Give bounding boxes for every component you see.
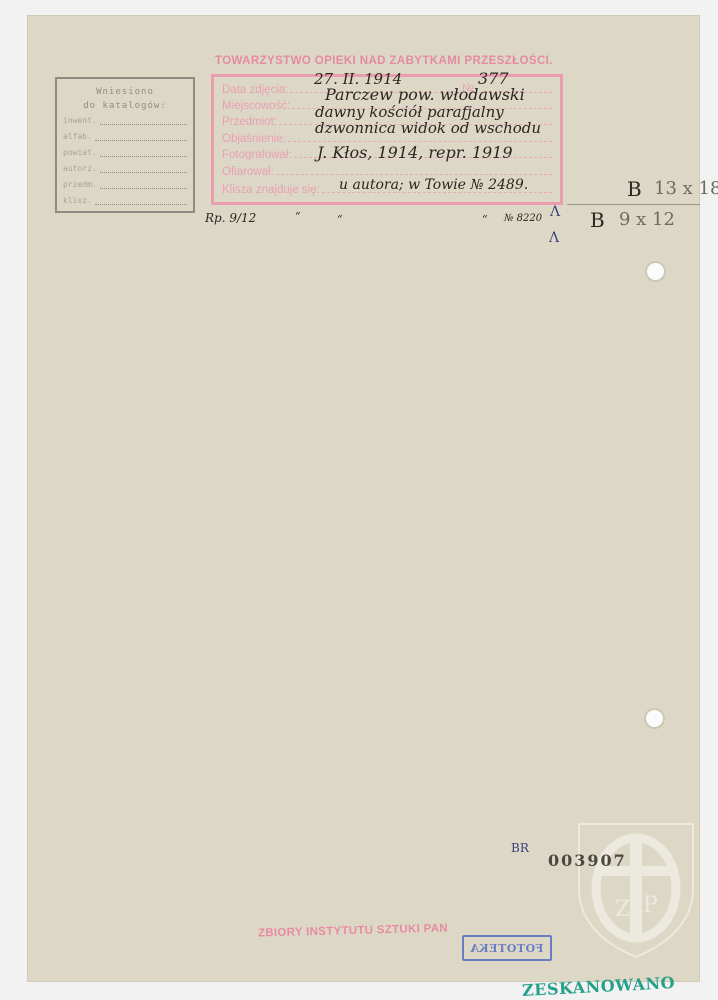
ditto-mark: “	[482, 213, 488, 226]
dotted-line	[95, 139, 187, 141]
field-label: Fotografował:	[222, 149, 292, 161]
field-donor: Ofiarował:	[222, 162, 552, 178]
svg-text:Z: Z	[615, 897, 630, 922]
dotted-line	[95, 203, 187, 205]
catalogue-stamp-title: Wniesiono do katalogów:	[57, 85, 193, 113]
catalogue-row-powiat: powiat.	[57, 145, 193, 161]
row-label: alfab.	[63, 129, 92, 145]
ditto-mark: “	[295, 210, 301, 223]
row-label: przedm.	[63, 177, 97, 193]
punch-hole-bottom	[646, 710, 663, 727]
underline-rule	[567, 204, 700, 205]
size-13x18: 13 x 18	[654, 178, 718, 199]
ditto-mark: “	[337, 213, 343, 226]
caret-mark-2: Λ	[549, 230, 559, 246]
negative-number: № 8220	[504, 213, 542, 224]
dotted-line	[100, 123, 187, 125]
size-letter-b1: B	[627, 177, 642, 201]
catalogue-row-inwent: inwent.	[57, 113, 193, 129]
inventory-number-stamp: 003907	[548, 851, 627, 870]
field-label: Miejscowość:	[222, 100, 290, 112]
scanned-stamp: ZESKANOWANO	[522, 973, 676, 1000]
catalogue-row-alfab: alfab.	[57, 129, 193, 145]
fototeka-text: FOTOTEKA	[470, 942, 543, 955]
field-line	[276, 174, 552, 175]
handwritten-photographer: J. Kłos, 1914, repr. 1919	[317, 143, 513, 162]
rp-annotation: Rp. 9/12	[205, 211, 256, 225]
caret-mark-1: Λ	[550, 204, 560, 220]
handwritten-description: dzwonnica widok od wschodu	[315, 119, 541, 137]
row-label: powiat.	[63, 145, 97, 161]
collection-stamp: ZBIORY INSTYTUTU SZTUKI PAN	[258, 923, 448, 940]
row-label: klisz.	[63, 193, 92, 209]
catalogue-title-line2: do katalogów:	[57, 99, 193, 113]
dotted-line	[100, 187, 187, 189]
field-label: Data zdjęcia:	[222, 84, 288, 96]
field-label: Przedmiot:	[222, 116, 277, 128]
size-9x12: 9 x 12	[619, 209, 675, 230]
svg-text:P: P	[643, 893, 658, 918]
catalogue-row-przedm: przedm.	[57, 177, 193, 193]
field-line	[288, 141, 552, 142]
dotted-line	[100, 155, 187, 157]
catalogue-row-autorz: autorz.	[57, 161, 193, 177]
catalogue-title-line1: Wniesiono	[57, 85, 193, 99]
row-label: inwent.	[63, 113, 97, 129]
catalogue-row-klisz: klisz.	[57, 193, 193, 209]
handwritten-negative-location: u autora; w Towie № 2489.	[339, 177, 528, 193]
br-annotation: BR	[511, 841, 529, 855]
size-letter-b2: B	[590, 208, 605, 232]
row-label: autorz.	[63, 161, 97, 177]
fototeka-stamp: FOTOTEKA	[462, 935, 552, 961]
society-stamp-header: TOWARZYSTWO OPIEKI NAD ZABYTKAMI PRZESZŁ…	[215, 55, 553, 67]
handwritten-place: Parczew pow. włodawski	[325, 85, 525, 104]
field-label: Objaśnienie:	[222, 133, 286, 145]
field-label: Klisza znajduje się:	[222, 184, 320, 196]
dotted-line	[100, 171, 187, 173]
punch-hole-top	[647, 263, 664, 280]
ispan-watermark-icon: Z P	[575, 818, 697, 960]
catalogue-stamp: Wniesiono do katalogów: inwent. alfab. p…	[55, 77, 195, 213]
field-label: Ofiarował:	[222, 166, 274, 178]
catalogue-card: Wniesiono do katalogów: inwent. alfab. p…	[27, 15, 700, 982]
